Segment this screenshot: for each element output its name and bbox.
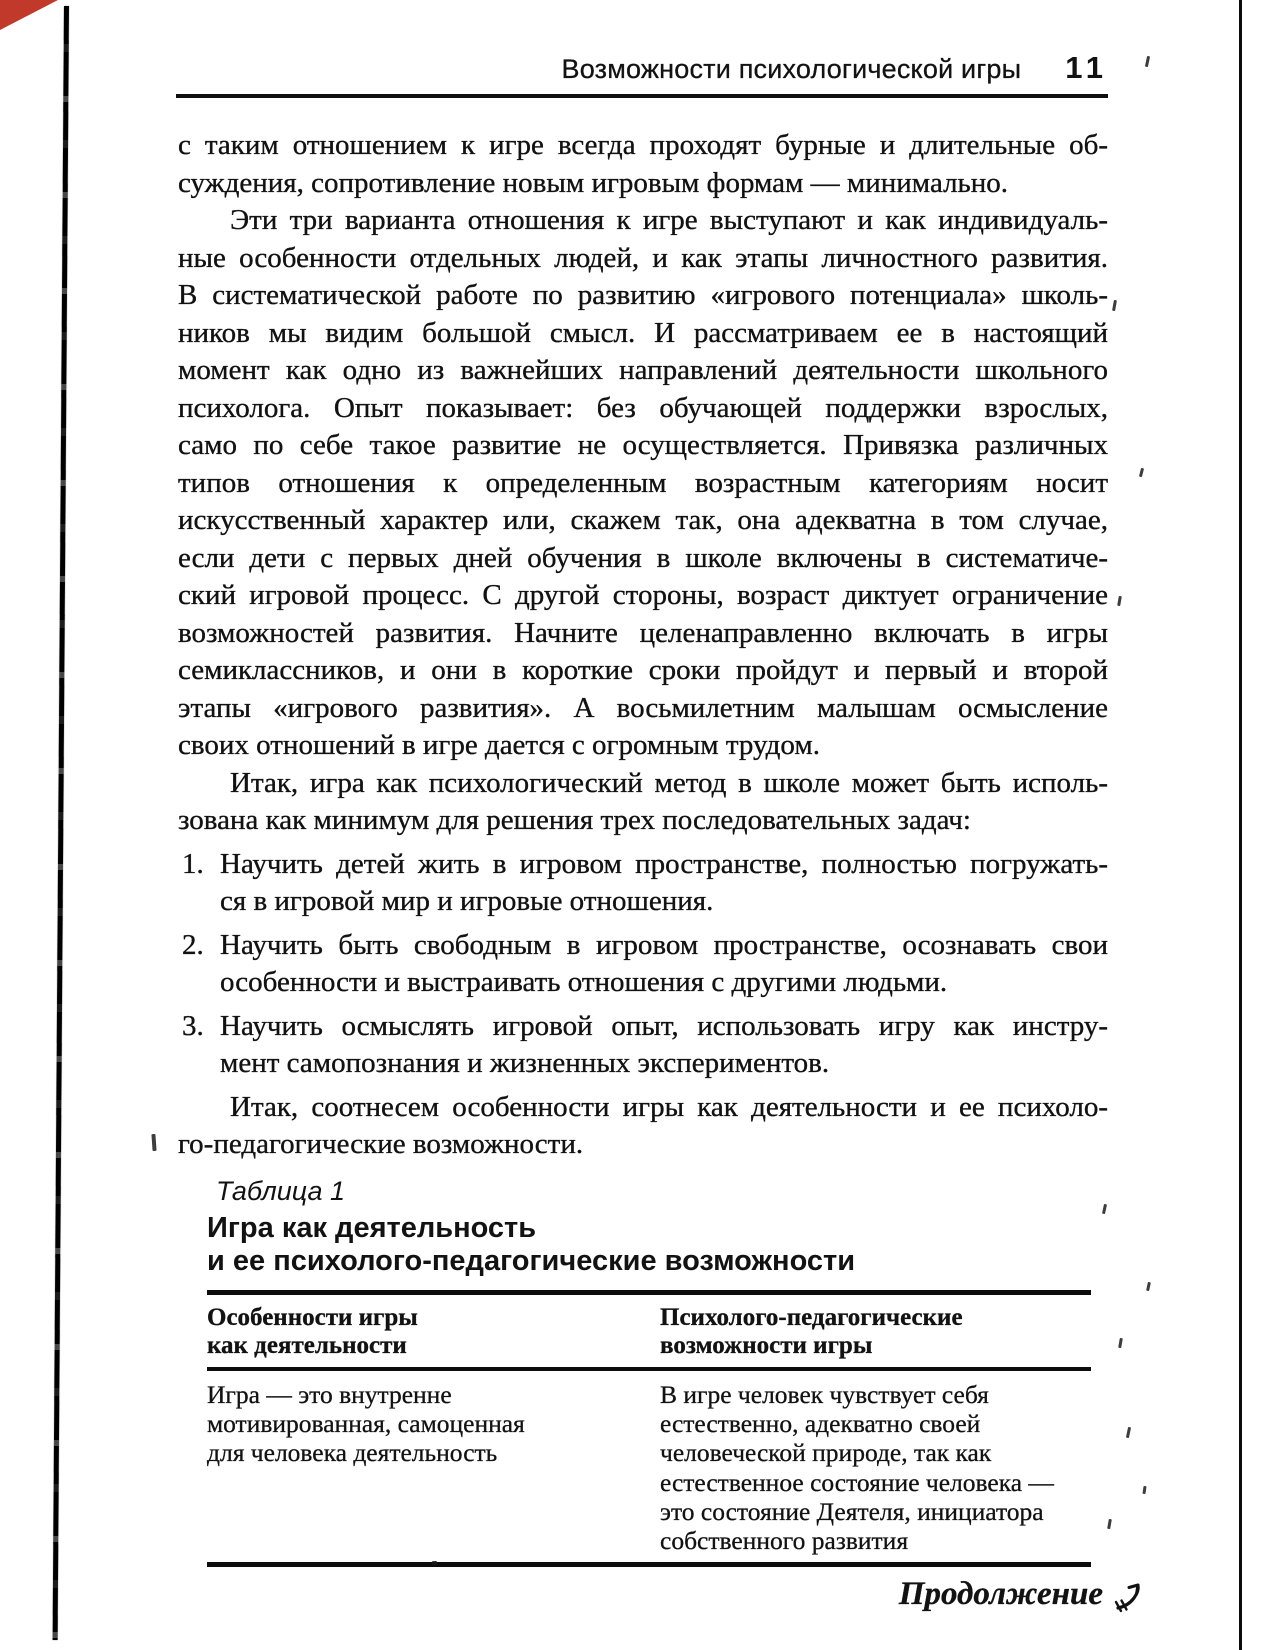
continuation-note: Продолжение (899, 1575, 1149, 1613)
text-line: зована как минимум для решения трех посл… (178, 802, 1108, 840)
ink-speck (1118, 1338, 1123, 1348)
table-title: и ее психолого-педагогические возможност… (207, 1245, 1091, 1278)
table-block: Таблица 1 Игра как деятельность и ее пси… (207, 1176, 1091, 1567)
list-number: 3. (182, 1008, 204, 1046)
text-line: В систематической работе по развитию «иг… (178, 277, 1108, 315)
header-line: Психолого-педагогические (660, 1304, 1091, 1332)
cell-line: собственного развития (660, 1526, 1091, 1555)
text-line: суждения, сопротивление новым игровым фо… (178, 165, 1108, 203)
ink-speck (1112, 300, 1117, 311)
ink-speck (1146, 1282, 1151, 1291)
text-line: Эти три варианта отношения к игре выступ… (178, 202, 1108, 240)
text-line: Научить детей жить в игровом пространств… (220, 846, 1108, 884)
text-line: Научить быть свободным в игровом простра… (220, 927, 1108, 965)
list-item: 3. Научить осмыслять игровой опыт, испол… (178, 1008, 1108, 1083)
text-line: само по себе такое развитие не осуществл… (178, 427, 1108, 465)
cell-line: для человека деятельность (207, 1438, 660, 1467)
scan-edge-line-right (1239, 0, 1242, 1650)
text-line: момент как одно из важнейших направлений… (178, 352, 1108, 390)
table-header-cell: Особенности игры как деятельности (207, 1304, 660, 1359)
header-line: Особенности игры (207, 1304, 660, 1332)
page-header: Возможности психологической игры 11 (178, 50, 1108, 86)
text-line: психолога. Опыт показывает: без обучающе… (178, 390, 1108, 428)
ink-speck (1117, 596, 1122, 606)
header-line: как деятельности (207, 1332, 660, 1360)
text-line: мент самопознания и жизненных эксперимен… (220, 1045, 1108, 1083)
text-line: с таким отношением к игре всегда проходя… (178, 127, 1108, 165)
ink-speck (151, 1134, 156, 1151)
ink-speck (1126, 1427, 1131, 1438)
text-line: го-педагогические возможности. (178, 1126, 1108, 1164)
text-line: Итак, игра как психологический метод в ш… (178, 765, 1108, 803)
scan-edge-line-left (53, 6, 69, 1640)
continuation-label: Продолжение (899, 1576, 1103, 1613)
cell-line: естественное состояние человека — (660, 1468, 1091, 1497)
ink-speck (1139, 468, 1144, 477)
table-rule-bottom (207, 1562, 1091, 1567)
header-line: возможности игры (660, 1332, 1091, 1360)
table-title: Игра как деятельность (207, 1212, 1091, 1245)
running-head-title: Возможности психологической игры (562, 54, 1022, 85)
table-row: Игра — это внутренне мотивированная, сам… (207, 1371, 1091, 1562)
header-rule (176, 94, 1108, 98)
text-line: семиклассников, и они в короткие сроки п… (178, 652, 1108, 690)
list-number: 1. (182, 846, 204, 884)
text-line: этапы «игрового развития». А восьмилетни… (178, 690, 1108, 728)
continuation-arrow-icon (1113, 1581, 1149, 1613)
book-page-scan: Возможности психологической игры 11 с та… (0, 0, 1275, 1650)
text-line: возможностей развития. Начните целенапра… (178, 615, 1108, 653)
table-cell: Игра — это внутренне мотивированная, сам… (207, 1380, 660, 1555)
text-line: своих отношений в игре дается с огромным… (178, 727, 1108, 765)
cell-line: Игра — это внутренне (207, 1380, 660, 1409)
list-item: 1. Научить детей жить в игровом простран… (178, 846, 1108, 921)
table-header-cell: Психолого-педагогические возможности игр… (660, 1304, 1091, 1359)
text-line: ников мы видим большой смысл. И рассматр… (178, 315, 1108, 353)
text-line: особенности и выстраивать отношения с др… (220, 964, 1108, 1002)
text-line: Научить осмыслять игровой опыт, использо… (220, 1008, 1108, 1046)
ink-speck (1142, 1486, 1146, 1494)
cell-line: мотивированная, самоценная (207, 1409, 660, 1438)
text-line: Итак, соотнесем особенности игры как дея… (178, 1089, 1108, 1127)
table-caption: Таблица 1 (207, 1176, 1091, 1207)
cell-line: человеческой природе, так как (660, 1438, 1091, 1467)
text-line: ся в игровой мир и игровые отношения. (220, 883, 1108, 921)
text-line: если дети с первых дней обучения в школе… (178, 540, 1108, 578)
table-header-row: Особенности игры как деятельности Психол… (207, 1295, 1091, 1367)
table-cell: В игре человек чувствует себя естественн… (660, 1380, 1091, 1555)
text-line: типов отношения к определенным возрастны… (178, 465, 1108, 503)
cell-line: В игре человек чувствует себя (660, 1380, 1091, 1409)
text-line: искусственный характер или, скажем так, … (178, 502, 1108, 540)
text-line: ные особенности отдельных людей, и как э… (178, 240, 1108, 278)
red-corner-mark (0, 0, 58, 30)
list-item: 2. Научить быть свободным в игровом прос… (178, 927, 1108, 1002)
body-text: с таким отношением к игре всегда проходя… (178, 127, 1108, 1164)
ink-speck (1107, 1519, 1112, 1529)
ink-speck (432, 1561, 437, 1565)
list-number: 2. (182, 927, 204, 965)
ink-speck (1102, 1204, 1107, 1214)
ink-speck (1145, 56, 1150, 67)
cell-line: естественно, адекватно своей (660, 1409, 1091, 1438)
text-line: ский игровой процесс. С другой стороны, … (178, 577, 1108, 615)
cell-line: это состояние Деятеля, инициатора (660, 1497, 1091, 1526)
page-number: 11 (1065, 50, 1108, 86)
